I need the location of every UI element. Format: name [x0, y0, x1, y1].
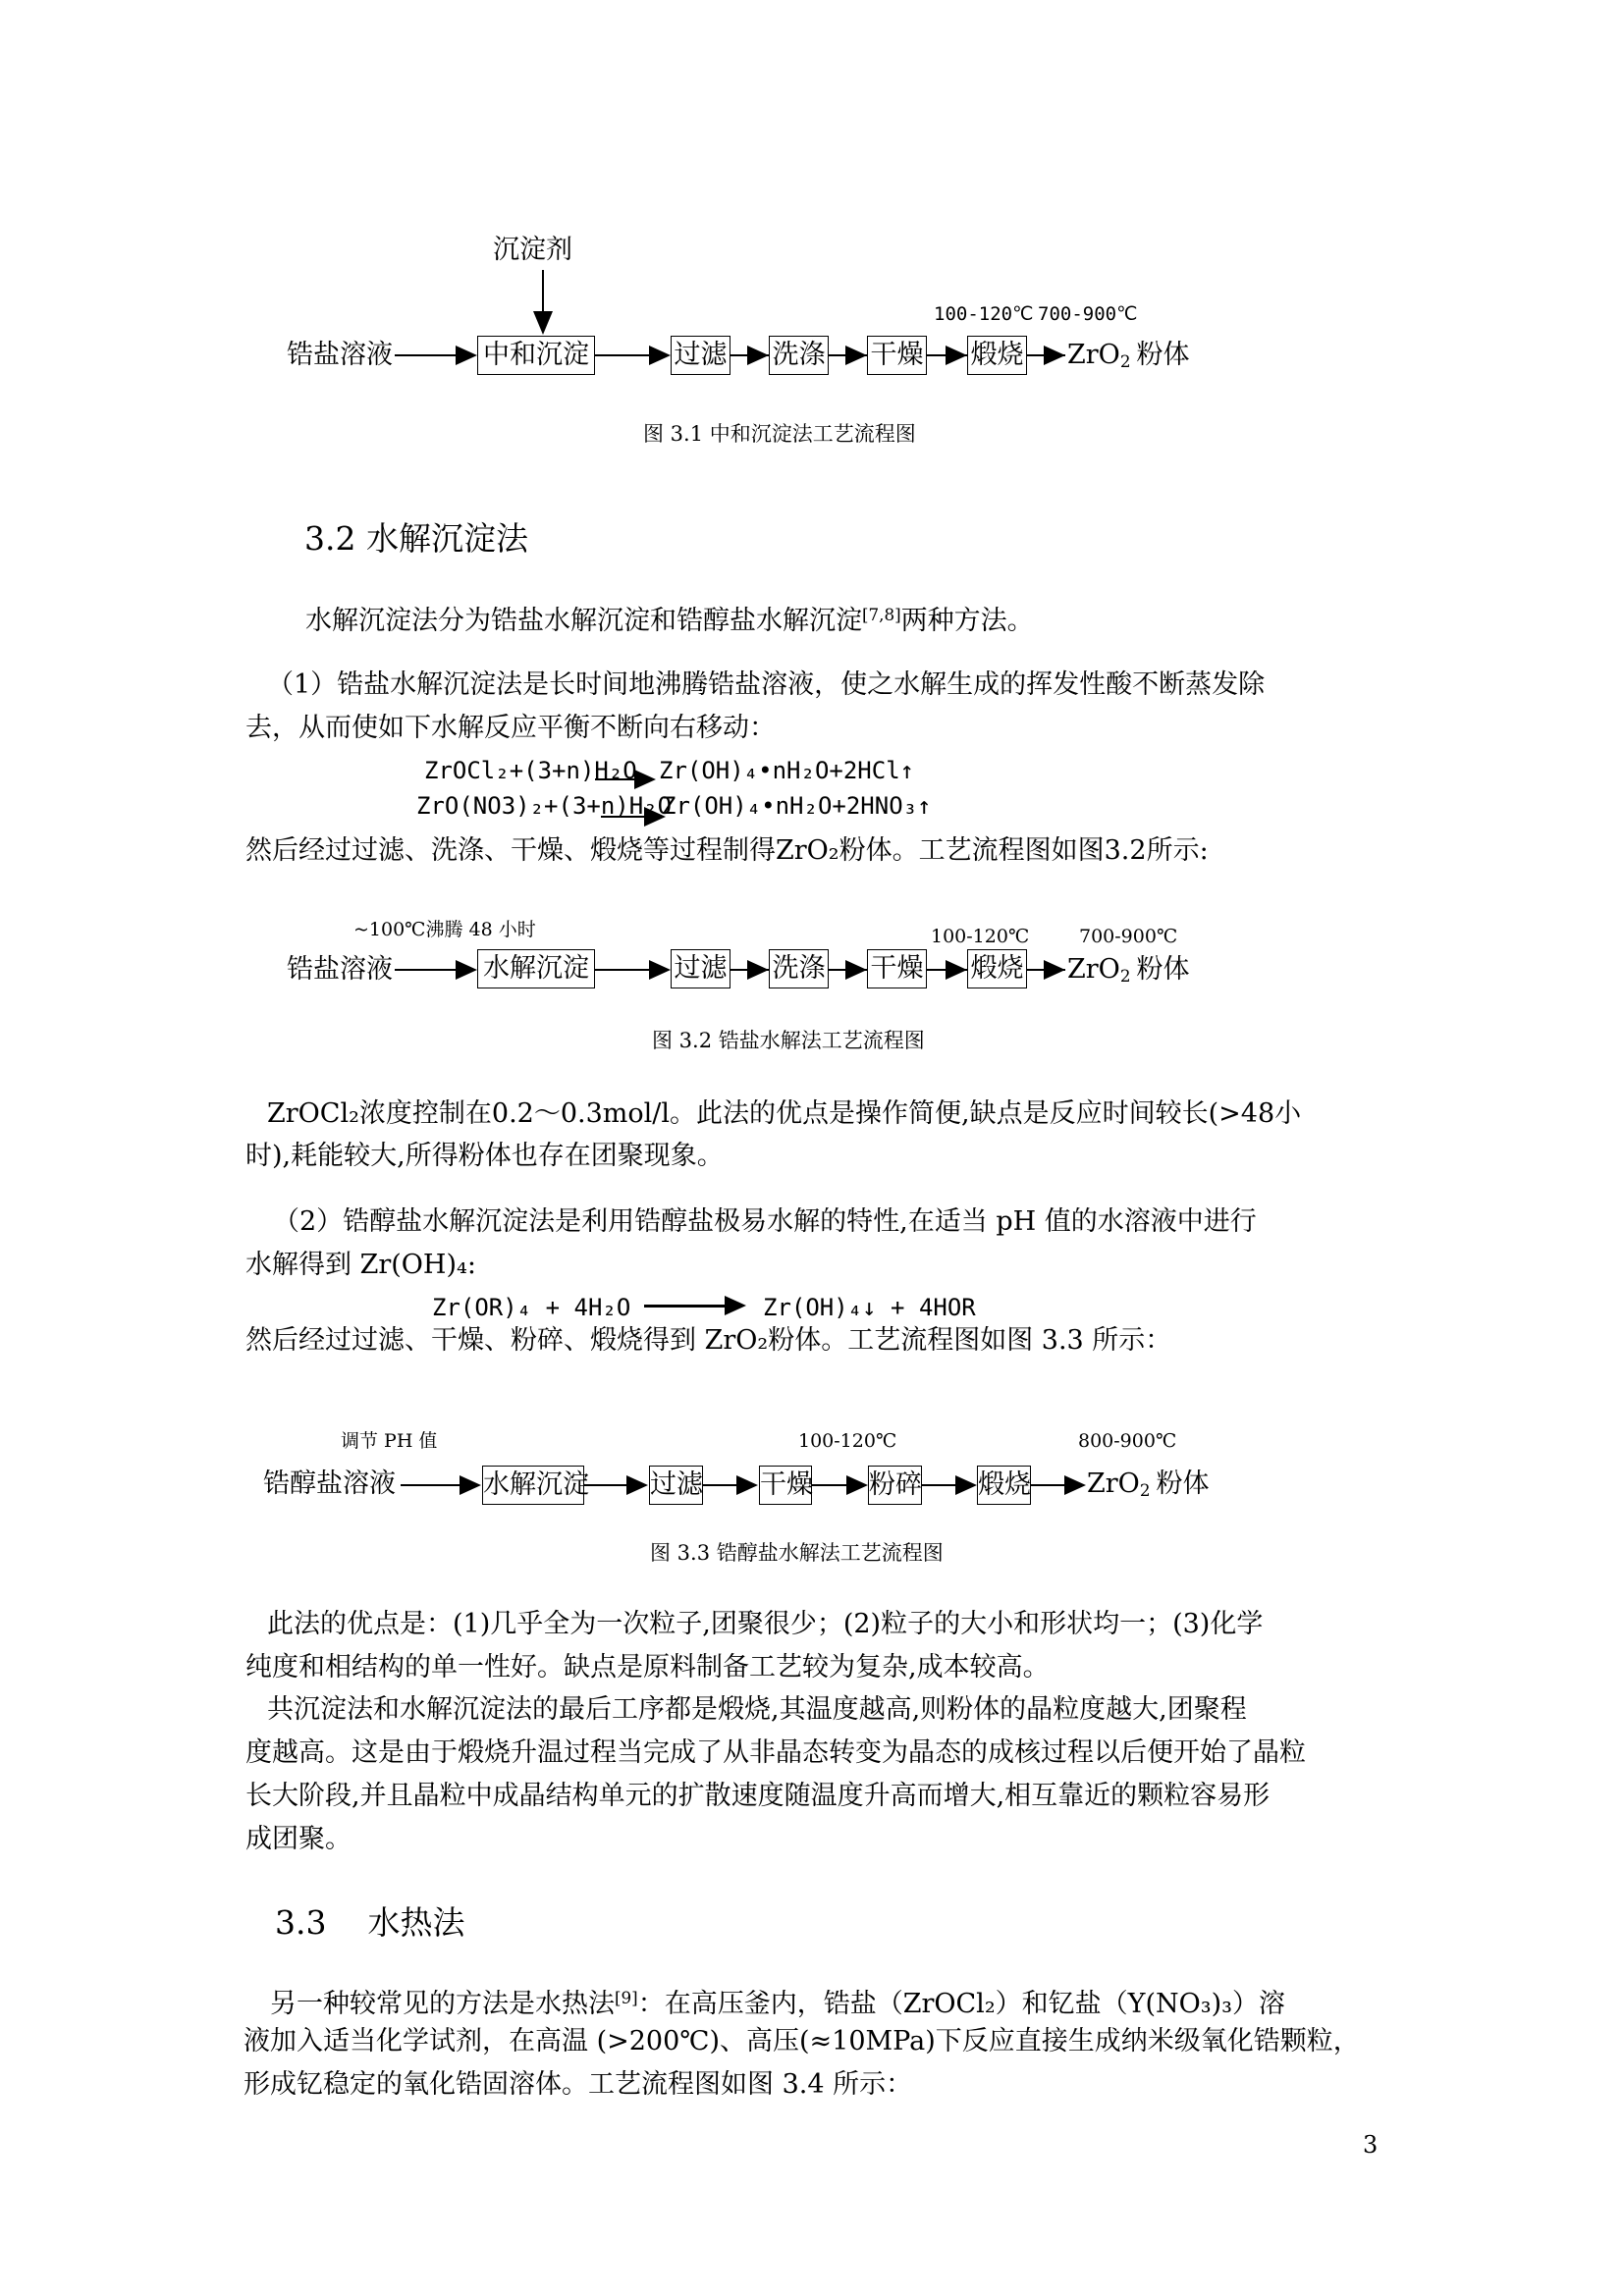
output-label: ZrO2粉体 [1067, 342, 1189, 375]
paragraph-line: （2）锆醇盐水解沉淀法是利用锆醇盐极易水解的特性,在适当 pH 值的水溶液中进行 [273, 1208, 1257, 1235]
paragraph-line: 另一种较常见的方法是水热法[9]：在高压釜内，锆盐（ZrOCl₂）和钇盐（Y(N… [270, 1985, 1285, 2017]
paragraph-line: 成团聚。 [245, 1826, 352, 1852]
text: 两种方法。 [901, 606, 1034, 636]
arrow-head-icon [736, 1475, 758, 1495]
step-annotation: 800-900℃ [1078, 1432, 1176, 1451]
paragraph-intro: 水解沉淀法分为锆盐水解沉淀和锆醇盐水解沉淀[7,8]两种方法。 [305, 602, 1034, 634]
arrow-head-icon [845, 960, 867, 980]
step-box: 粉碎 [868, 1466, 922, 1505]
step-annotation: 100-120℃ [931, 928, 1029, 946]
output-label: ZrO2粉体 [1067, 956, 1189, 989]
arrow-line [401, 1484, 461, 1486]
paragraph-line: 长大阶段,并且晶粒中成晶结构单元的扩散速度随温度升高而增大,相互靠近的颗粒容易形 [245, 1783, 1270, 1809]
step-annotation: 700-900℃ [1079, 928, 1177, 946]
step-box: 过滤 [671, 949, 730, 988]
reagent-label: 沉淀剂 [493, 237, 572, 263]
arrow-line [395, 969, 456, 971]
paragraph-line: 水解得到 Zr(OH)₄: [245, 1252, 476, 1278]
step-box: 水解沉淀 [477, 949, 595, 988]
output-tail: 粉体 [1136, 954, 1189, 985]
arrow-line [812, 1484, 848, 1486]
output-tail: 粉体 [1136, 340, 1189, 370]
step-box: 干燥 [867, 949, 927, 988]
arrow-head-icon [456, 346, 477, 365]
arrow-line [595, 969, 649, 971]
step-annotation: ~100℃沸腾 48 小时 [353, 921, 536, 939]
arrow-head-icon [845, 346, 867, 365]
paragraph-line: 然后经过过滤、洗涤、干燥、煅烧等过程制得ZrO₂粉体。工艺流程图如图3.2所示: [245, 837, 1209, 864]
step-annotation: 100-120℃ [934, 305, 1033, 324]
step-box: 干燥 [867, 336, 927, 375]
step-box: 过滤 [649, 1466, 703, 1505]
equation-right: Zr(OH)₄•nH₂O+2HNO₃↑ [662, 793, 932, 819]
paragraph-line: 然后经过过滤、干燥、粉碎、煅烧得到 ZrO₂粉体。工艺流程图如图 3.3 所示： [245, 1327, 1171, 1354]
step-annotation: 700-900℃ [1038, 305, 1137, 324]
paragraph-line: 纯度和相结构的单一性好。缺点是原料制备工艺较为复杂,成本较高。 [245, 1654, 1050, 1681]
text: 水解沉淀法分为锆盐水解沉淀和锆醇盐水解沉淀 [305, 606, 862, 636]
arrow-line [922, 1484, 958, 1486]
input-label: 锆盐溶液 [287, 956, 393, 983]
arrow-head-icon [955, 1475, 977, 1495]
paragraph-line: ZrOCl₂浓度控制在0.2～0.3mol/l。此法的优点是操作简便,缺点是反应… [267, 1100, 1301, 1127]
page-number: 3 [1363, 2132, 1378, 2159]
arrow-line [703, 1484, 739, 1486]
equation-right: Zr(OH)₄↓ + 4HOR [763, 1295, 976, 1320]
step-box: 干燥 [759, 1466, 812, 1505]
figure-caption: 图 3.3 锆醇盐水解法工艺流程图 [650, 1543, 944, 1564]
equation-arrow-icon [725, 1296, 746, 1315]
equation-right: Zr(OH)₄•nH₂O+2HCl↑ [659, 758, 914, 783]
equation-arrow-icon [634, 770, 656, 789]
arrow-head-icon [946, 960, 967, 980]
arrow-head-icon [846, 1475, 868, 1495]
output-formula: ZrO [1067, 954, 1120, 985]
paragraph-line: 此法的优点是：(1)几乎全为一次粒子,团聚很少；(2)粒子的大小和形状均一；(3… [267, 1611, 1263, 1637]
arrow-head-icon [1044, 960, 1065, 980]
output-subscript: 2 [1140, 1480, 1151, 1500]
arrow-head-icon [649, 960, 671, 980]
step-box: 洗涤 [769, 949, 829, 988]
output-label: ZrO2粉体 [1087, 1470, 1209, 1504]
input-label: 锆醇盐溶液 [263, 1470, 396, 1497]
arrow-line [595, 354, 649, 356]
arrow-head-icon [747, 960, 769, 980]
paragraph-line: 液加入适当化学试剂，在高温 (>200℃)、高压(≈10MPa)下反应直接生成纳… [243, 2028, 1360, 2055]
reagent-arrow-line [542, 270, 544, 313]
output-formula: ZrO [1067, 340, 1120, 370]
arrow-head-icon [946, 346, 967, 365]
equation-left: Zr(OR)₄ + 4H₂O [432, 1295, 630, 1320]
figure-caption: 图 3.2 锆盐水解法工艺流程图 [652, 1031, 925, 1051]
paragraph-line: 形成钇稳定的氧化锆固溶体。工艺流程图如图 3.4 所示： [243, 2071, 912, 2098]
arrow-head-icon [626, 1475, 648, 1495]
text: ：在高压釜内，锆盐（ZrOCl₂）和钇盐（Y(NO₃)₃）溶 [638, 1989, 1285, 2019]
step-annotation: 100-120℃ [798, 1432, 896, 1451]
step-annotation: 调节 PH 值 [341, 1432, 437, 1451]
equation-arrow-line [601, 816, 646, 818]
arrow-head-icon [1064, 1475, 1086, 1495]
arrow-line [395, 354, 456, 356]
step-box: 水解沉淀 [482, 1466, 584, 1505]
arrow-head-icon [649, 346, 671, 365]
input-label: 锆盐溶液 [287, 342, 393, 368]
output-subscript: 2 [1120, 966, 1131, 986]
paragraph-line: 共沉淀法和水解沉淀法的最后工序都是煅烧,其温度越高,则粉体的晶粒度越大,团聚程 [267, 1696, 1247, 1723]
step-box: 煅烧 [967, 949, 1027, 988]
step-box: 煅烧 [977, 1466, 1031, 1505]
reagent-arrow-head-icon [533, 311, 553, 335]
step-box: 过滤 [671, 336, 730, 375]
paragraph-line: 去，从而使如下水解反应平衡不断向右移动： [245, 715, 776, 741]
step-box: 中和沉淀 [477, 336, 595, 375]
output-subscript: 2 [1120, 351, 1131, 371]
arrow-head-icon [460, 1475, 481, 1495]
paragraph-line: （1）锆盐水解沉淀法是长时间地沸腾锆盐溶液，使之水解生成的挥发性酸不断蒸发除 [267, 671, 1265, 698]
arrow-line [584, 1484, 628, 1486]
arrow-head-icon [1044, 346, 1065, 365]
equation-arrow-line [644, 1305, 727, 1308]
step-box: 煅烧 [967, 336, 1027, 375]
paragraph-line: 度越高。这是由于煅烧升温过程当完成了从非晶态转变为晶态的成核过程以后便开始了晶粒 [245, 1739, 1306, 1766]
citation: [9] [615, 1988, 638, 2007]
paragraph-line: 时),耗能较大,所得粉体也存在团聚现象。 [245, 1143, 724, 1169]
text: 另一种较常见的方法是水热法 [270, 1989, 615, 2019]
arrow-head-icon [456, 960, 477, 980]
step-box: 洗涤 [769, 336, 829, 375]
citation: [7,8] [862, 605, 901, 624]
section-heading: 3.2 水解沉淀法 [304, 522, 528, 555]
figure-caption: 图 3.1 中和沉淀法工艺流程图 [643, 424, 916, 445]
equation-arrow-line [595, 778, 636, 780]
arrow-head-icon [747, 346, 769, 365]
section-heading: 3.3 水热法 [275, 1906, 464, 1939]
output-formula: ZrO [1087, 1468, 1140, 1499]
arrow-line [1031, 1484, 1067, 1486]
output-tail: 粉体 [1156, 1468, 1209, 1499]
